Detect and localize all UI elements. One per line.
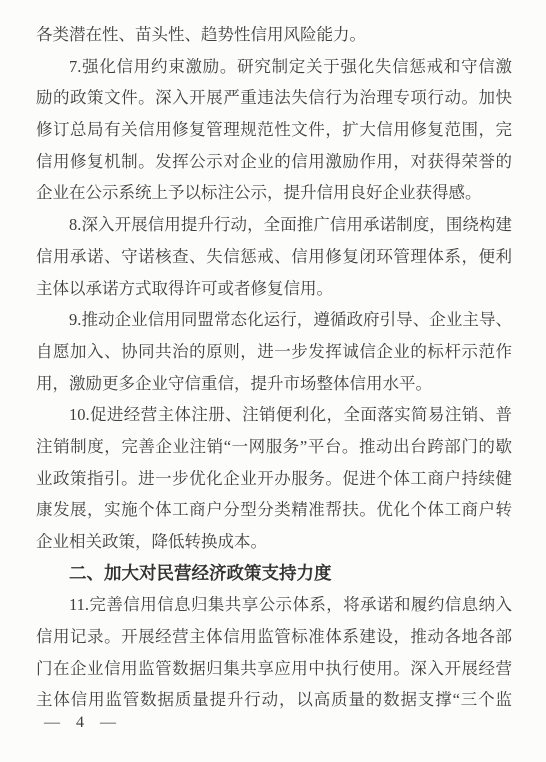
- text-line: 用，激励更多企业守信重信，提升市场整体信用水平。: [36, 368, 512, 400]
- text-line: 业政策指引。进一步优化企业开办服务。促进个体工商户持续健: [36, 463, 512, 495]
- text-line: 信用记录。开展经营主体信用监管标准体系建设，推动各地各部: [36, 621, 512, 653]
- document-page: 各类潜在性、苗头性、趋势性信用风险能力。7.强化信用约束激励。研究制定关于强化失…: [0, 0, 546, 762]
- document-body: 各类潜在性、苗头性、趋势性信用风险能力。7.强化信用约束激励。研究制定关于强化失…: [36, 19, 512, 716]
- text-line: 10.促进经营主体注册、注销便利化，全面落实简易注销、普通: [36, 399, 512, 431]
- text-line: 9.推动企业信用同盟常态化运行，遵循政府引导、企业主导、: [36, 304, 512, 336]
- text-line: 自愿加入、协同共治的原则，进一步发挥诚信企业的标杆示范作: [36, 336, 512, 368]
- text-line: 7.强化信用约束激励。研究制定关于强化失信惩戒和守信激: [36, 51, 512, 83]
- text-line: 修订总局有关信用修复管理规范性文件，扩大信用修复范围，完善: [36, 114, 512, 146]
- text-line: 注销制度，完善企业注销“一网服务”平台。推动出台跨部门的歇: [36, 431, 512, 463]
- text-line: 8.深入开展信用提升行动，全面推广信用承诺制度，围绕构建: [36, 209, 512, 241]
- section-heading: 二、加大对民营经济政策支持力度: [36, 558, 512, 590]
- text-line: 康发展，实施个体工商户分型分类精准帮扶。优化个体工商户转: [36, 494, 512, 526]
- text-line: 信用修复机制。发挥公示对企业的信用激励作用，对获得荣誉的: [36, 146, 512, 178]
- text-line: 门在企业信用监管数据归集共享应用中执行使用。深入开展经营: [36, 653, 512, 685]
- text-line: 各类潜在性、苗头性、趋势性信用风险能力。: [36, 19, 512, 51]
- text-line: 企业在公示系统上予以标注公示，提升信用良好企业获得感。: [36, 177, 512, 209]
- text-line: 励的政策文件。深入开展严重违法失信行为治理专项行动。加快: [36, 82, 512, 114]
- text-line: 信用承诺、守诺核查、失信惩戒、信用修复闭环管理体系，便利经营: [36, 241, 512, 273]
- text-line: 主体以承诺方式取得许可或者修复信用。: [36, 273, 512, 305]
- page-number: — 4 —: [44, 712, 118, 734]
- text-line: 11.完善信用信息归集共享公示体系，将承诺和履约信息纳入: [36, 589, 512, 621]
- text-line: 企业相关政策，降低转换成本。: [36, 526, 512, 558]
